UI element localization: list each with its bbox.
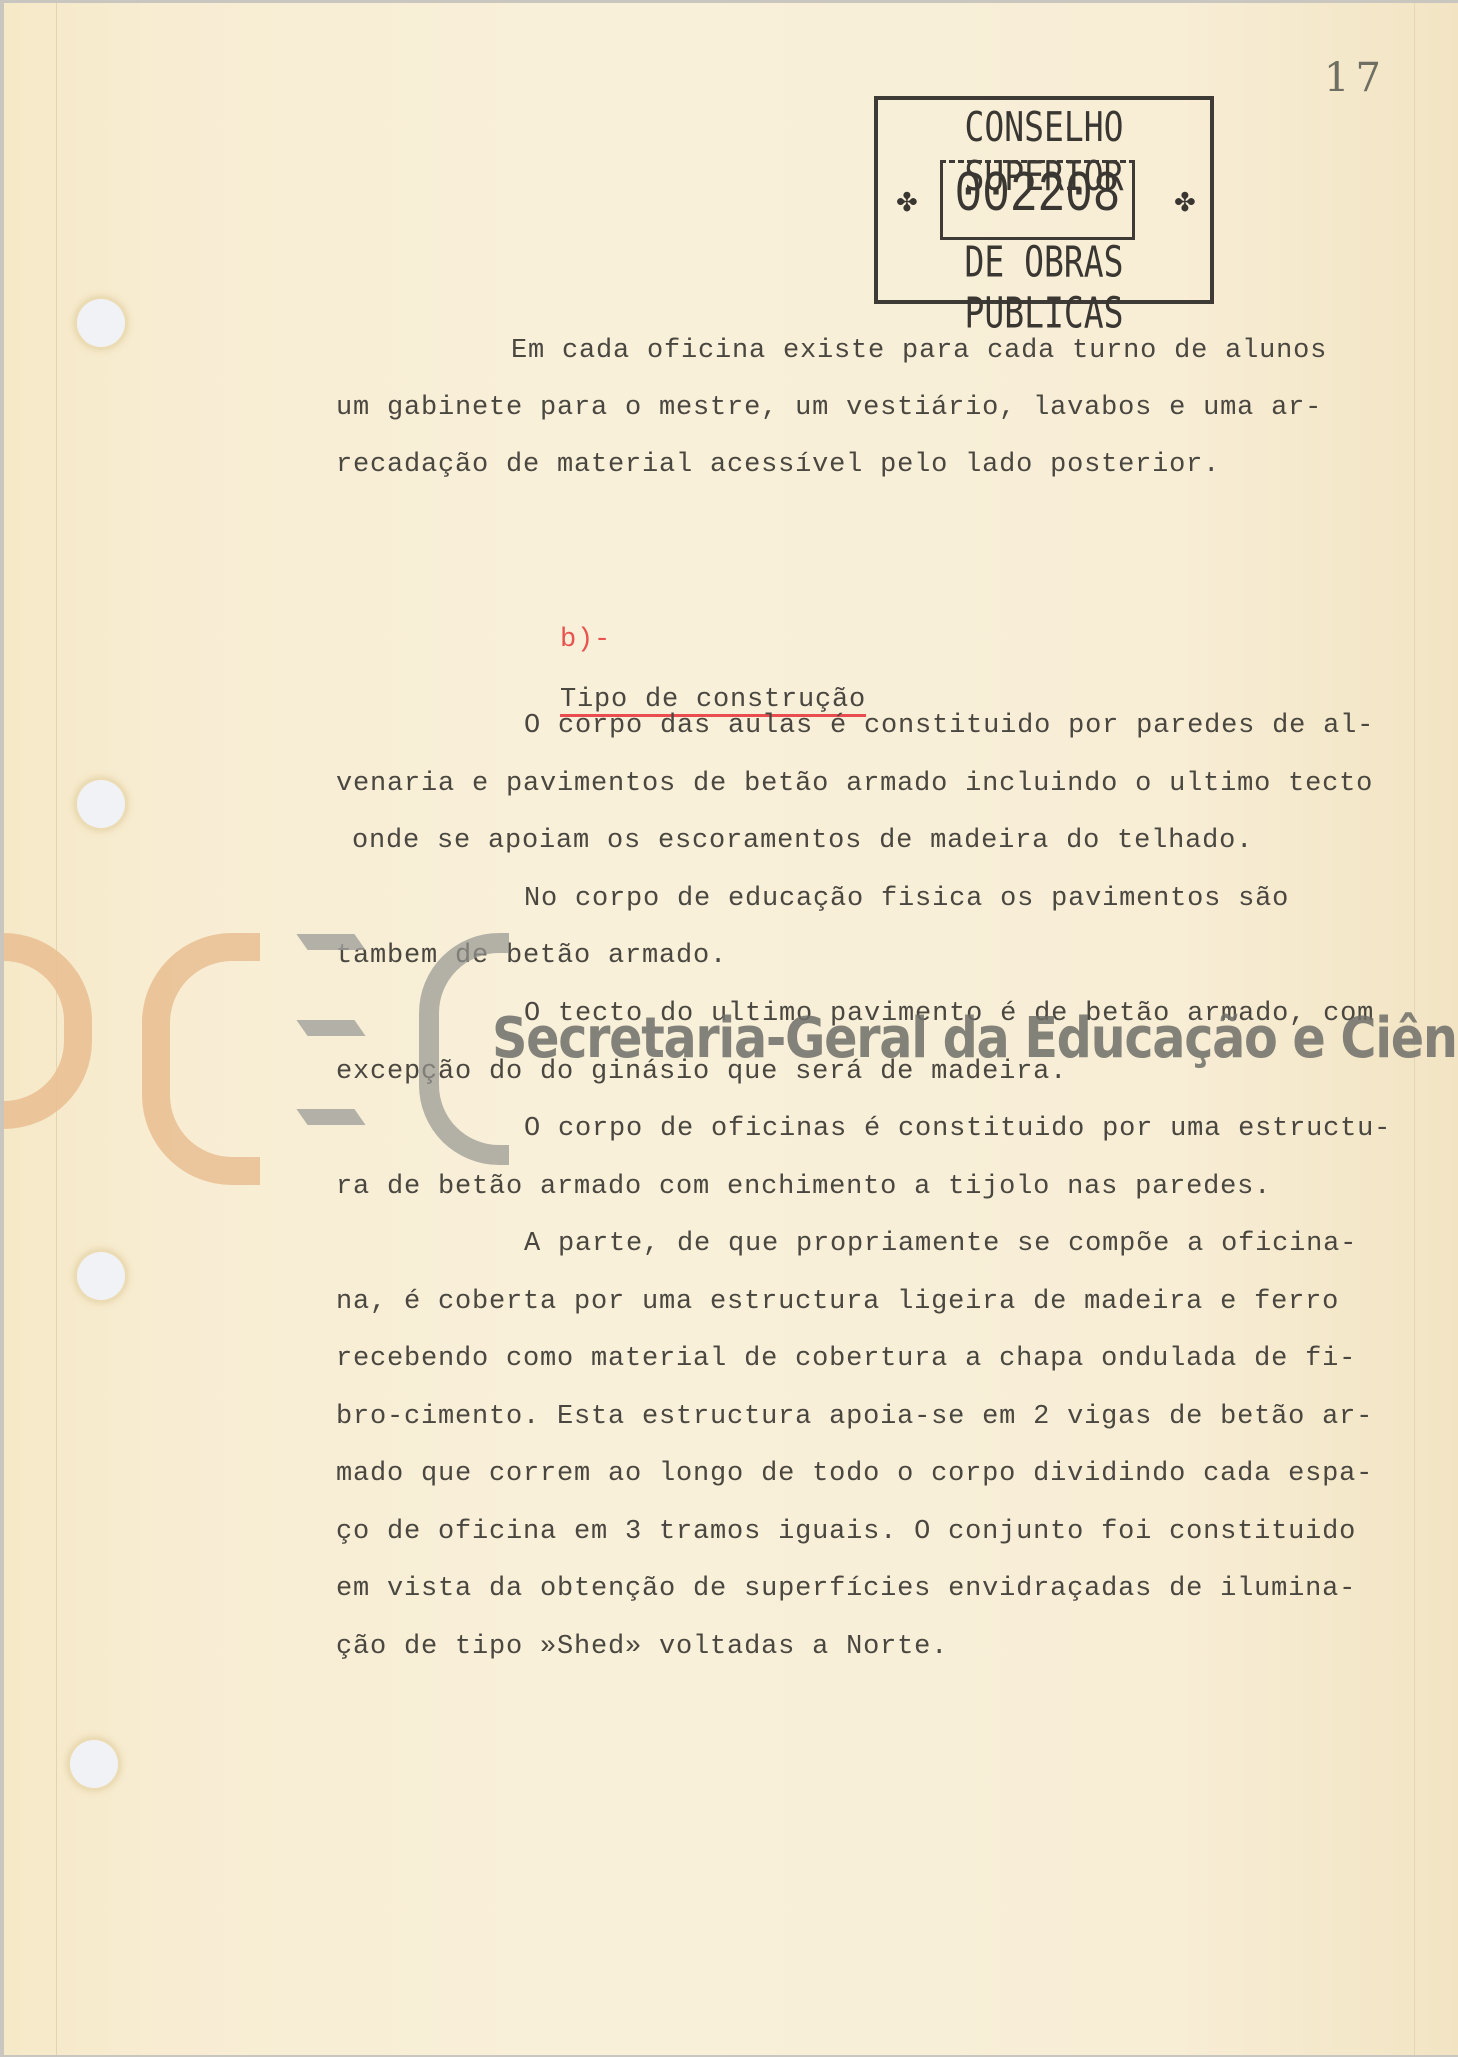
paragraph-line: Em cada oficina existe para cada turno d…	[511, 336, 1327, 366]
punch-hole	[77, 299, 125, 347]
stamp-subtitle-line: DE OBRAS PUBLICAS	[878, 236, 1210, 337]
body-line: O corpo de oficinas é constituido por um…	[524, 1114, 1391, 1144]
paragraph-line: um gabinete para o mestre, um vestiário,…	[336, 393, 1322, 423]
watermark-e-bar-icon	[296, 1020, 365, 1036]
stamp-ornament-icon: ✤	[1174, 188, 1196, 218]
body-line: ção de tipo »Shed» voltadas a Norte.	[336, 1632, 948, 1662]
page-number: 17	[1324, 55, 1387, 101]
body-line: A parte, de que propriamente se compõe a…	[524, 1229, 1357, 1259]
punch-hole	[70, 1740, 118, 1788]
watermark-g-shape-icon	[142, 933, 260, 1185]
stamp-number: 002208	[943, 163, 1132, 228]
body-line: tambem de betão armado.	[336, 941, 727, 971]
body-line: onde se apoiam os escoramentos de madeir…	[352, 826, 1253, 856]
punch-hole	[77, 1252, 125, 1300]
body-line: mado que correm ao longo de todo o corpo…	[336, 1459, 1373, 1489]
watermark-s-shape-icon	[4, 933, 92, 1129]
body-line: na, é coberta por uma estructura ligeira…	[336, 1287, 1339, 1317]
body-line: recebendo como material de cobertura a c…	[336, 1344, 1356, 1374]
punch-hole	[77, 780, 125, 828]
stamp-ornament-icon: ✤	[896, 188, 918, 218]
watermark-e-bar-icon	[296, 934, 365, 950]
body-line: venaria e pavimentos de betão armado inc…	[336, 769, 1373, 799]
body-line: bro-cimento. Esta estructura apoia-se em…	[336, 1402, 1373, 1432]
document-page: 17 CONSELHO SUPERIOR ✤ 002208 ✤ DE OBRAS…	[4, 3, 1458, 2055]
body-line: ra de betão armado com enchimento a tijo…	[336, 1172, 1271, 1202]
body-line: No corpo de educação fisica os pavimento…	[524, 884, 1289, 914]
stamp-number-box: 002208	[940, 160, 1135, 240]
section-heading-label: b)-	[560, 625, 611, 655]
body-line: O corpo das aulas é constituido por pare…	[524, 711, 1374, 741]
paragraph-line: recadação de material acessível pelo lad…	[336, 450, 1220, 480]
body-line: ço de oficina em 3 tramos iguais. O conj…	[336, 1517, 1356, 1547]
watermark-e-bar-icon	[296, 1109, 365, 1125]
body-line: em vista da obtenção de superfícies envi…	[336, 1574, 1356, 1604]
watermark-text: Secretaria-Geral da Educação e Ciência	[492, 1006, 1458, 1071]
registry-stamp: CONSELHO SUPERIOR ✤ 002208 ✤ DE OBRAS PU…	[874, 96, 1214, 304]
